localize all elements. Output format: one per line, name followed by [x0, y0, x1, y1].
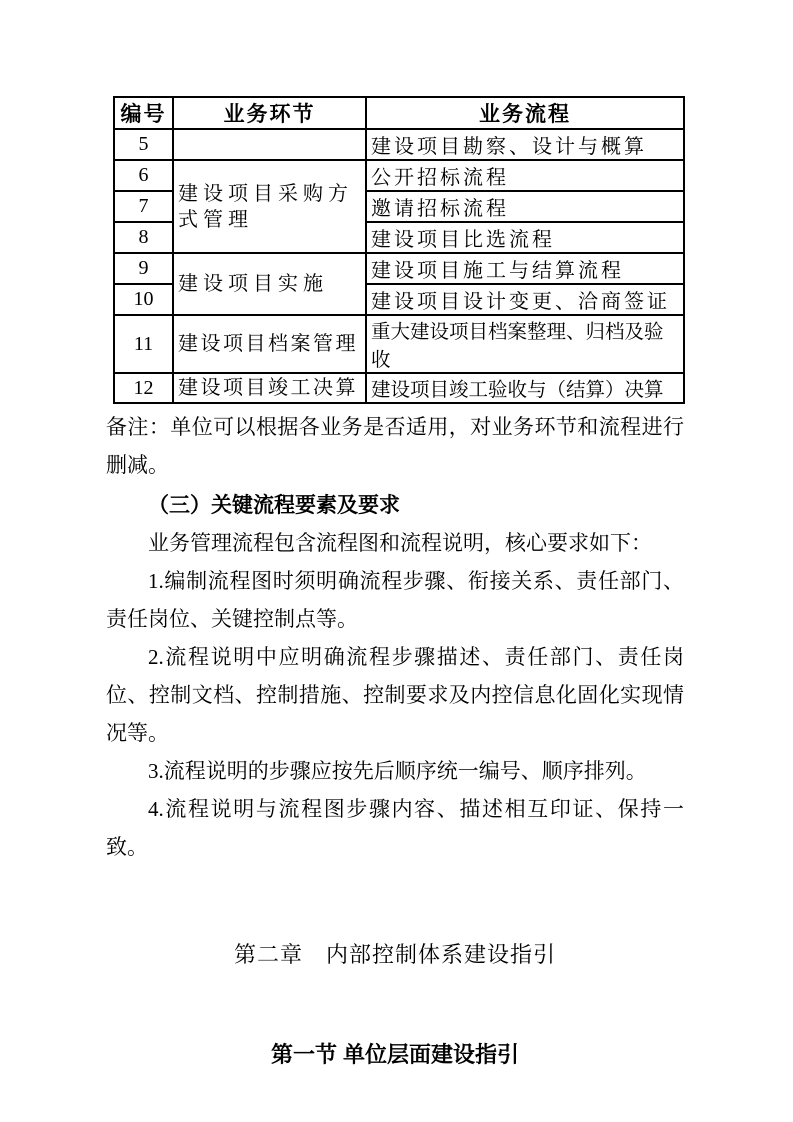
document-page: 编号 业务环节 业务流程 5 建设项目勘察、设计与概算 6 建设项目采购方式管理… [0, 0, 793, 1122]
note-paragraph: 备注：单位可以根据各业务是否适用，对业务环节和流程进行删减。 [106, 408, 684, 484]
table-row: 5 建设项目勘察、设计与概算 [114, 129, 684, 160]
paragraph: 1.编制流程图时须明确流程步骤、衔接关系、责任部门、责任岗位、关键控制点等。 [106, 562, 684, 638]
cell-no: 7 [114, 191, 173, 222]
section-heading: 第一节 单位层面建设指引 [106, 1036, 684, 1074]
cell-process: 重大建设项目档案整理、归档及验收 [366, 315, 684, 373]
cell-process: 建设项目勘察、设计与概算 [366, 129, 684, 160]
table-row: 9 建设项目实施 建设项目施工与结算流程 [114, 253, 684, 284]
header-process: 业务流程 [366, 97, 684, 129]
cell-segment: 建设项目采购方式管理 [173, 160, 366, 253]
cell-segment: 建设项目竣工决算 [173, 373, 366, 403]
cell-no: 10 [114, 284, 173, 315]
cell-no: 11 [114, 315, 173, 373]
cell-segment: 建设项目实施 [173, 253, 366, 315]
business-process-table: 编号 业务环节 业务流程 5 建设项目勘察、设计与概算 6 建设项目采购方式管理… [113, 96, 685, 404]
cell-no: 9 [114, 253, 173, 284]
cell-process: 建设项目比选流程 [366, 222, 684, 253]
cell-process: 公开招标流程 [366, 160, 684, 191]
chapter-heading: 第二章 内部控制体系建设指引 [106, 936, 684, 974]
cell-process: 建设项目设计变更、洽商签证 [366, 284, 684, 315]
paragraph: 业务管理流程包含流程图和流程说明，核心要求如下： [106, 524, 684, 562]
paragraph: 3.流程说明的步骤应按先后顺序统一编号、顺序排列。 [106, 752, 684, 790]
cell-no: 6 [114, 160, 173, 191]
header-no: 编号 [114, 97, 173, 129]
cell-process: 建设项目竣工验收与（结算）决算 [366, 373, 684, 403]
cell-process: 邀请招标流程 [366, 191, 684, 222]
cell-process: 建设项目施工与结算流程 [366, 253, 684, 284]
header-segment: 业务环节 [173, 97, 366, 129]
cell-segment [173, 129, 366, 160]
cell-no: 8 [114, 222, 173, 253]
paragraph: 4.流程说明与流程图步骤内容、描述相互印证、保持一致。 [106, 790, 684, 866]
cell-segment: 建设项目档案管理 [173, 315, 366, 373]
paragraph: 2.流程说明中应明确流程步骤描述、责任部门、责任岗位、控制文档、控制措施、控制要… [106, 638, 684, 752]
page-content: 编号 业务环节 业务流程 5 建设项目勘察、设计与概算 6 建设项目采购方式管理… [0, 0, 793, 1074]
cell-no: 5 [114, 129, 173, 160]
subsection-heading: （三）关键流程要素及要求 [106, 486, 684, 524]
table-row: 11 建设项目档案管理 重大建设项目档案整理、归档及验收 [114, 315, 684, 373]
table-header-row: 编号 业务环节 业务流程 [114, 97, 684, 129]
cell-no: 12 [114, 373, 173, 403]
table-row: 12 建设项目竣工决算 建设项目竣工验收与（结算）决算 [114, 373, 684, 403]
table-row: 6 建设项目采购方式管理 公开招标流程 [114, 160, 684, 191]
